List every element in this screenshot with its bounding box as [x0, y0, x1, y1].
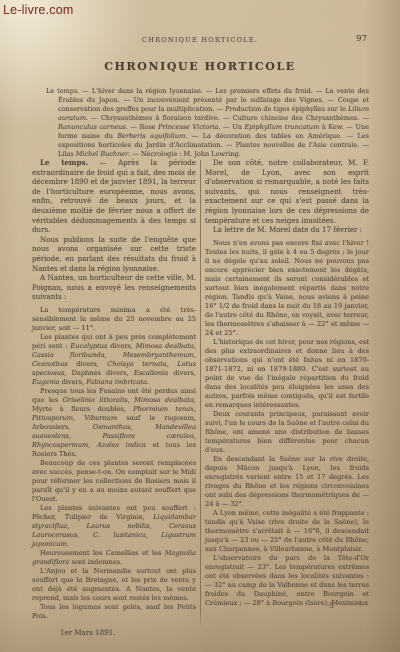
paragraph: Heureusement les Camellias et les Magnol…	[32, 549, 196, 567]
left-column: Le temps. — Après la période extraordina…	[32, 158, 196, 638]
article-title: CHRONIQUE HORTICOLE	[0, 60, 400, 73]
paragraph: Le temps. — Après la période extraordina…	[32, 158, 196, 235]
article-summary: Le temps. — L'hiver dans la région lyonn…	[46, 87, 369, 159]
paragraph: De son côté, notre collaborateur, M. F. …	[205, 158, 369, 225]
press-edge-mark: 1	[358, 599, 363, 608]
paragraph: L'Anjou et la Normandie surtout ont plus…	[32, 567, 196, 603]
paragraph: Tous les légumes sont gelés, sauf les Pe…	[32, 603, 196, 621]
right-column: De son côté, notre collaborateur, M. F. …	[205, 158, 369, 638]
two-column-body: Le temps. — Après la période extraordina…	[32, 158, 369, 638]
running-title: CHRONIQUE HORTICOLE.	[0, 36, 400, 44]
page-number: 97	[356, 34, 367, 44]
paragraph: A Nantes, un horticulteur de cette ville…	[32, 273, 196, 302]
paragraph: L'historique de cet hiver, pour nos régi…	[205, 338, 369, 410]
scanned-journal-page: Le-livre.com CHRONIQUE HORTICOLE. 97 CHR…	[0, 0, 400, 652]
paragraph: L'observatoire du parc de la Tête-d'Or e…	[205, 554, 369, 608]
paragraph: Nous publions la suite de l'enquête que …	[32, 235, 196, 273]
paragraph: La lettre de M. Morel date du 17 février…	[205, 225, 369, 235]
paragraph: Les plantes suivantes ont peu souffert :…	[32, 504, 196, 549]
paragraph: Les plantes qui ont à peu près complètem…	[32, 333, 196, 387]
watermark: Le-livre.com	[3, 3, 73, 17]
signature-mark: 5	[329, 601, 334, 610]
paragraph: Nous n'en avons pas encore fini avec l'h…	[205, 239, 369, 338]
paragraph: Beaucoup de ces plantes seront remplacée…	[32, 459, 196, 504]
paragraph: Presque tous les Fusains ont été perdus …	[32, 387, 196, 459]
issue-date: 1er Mars 1891.	[32, 628, 196, 638]
column-divider	[200, 160, 201, 628]
paragraph: Deux courants principaux, paraissant avo…	[205, 410, 369, 455]
paragraph: La température minima a été très-sensibl…	[32, 306, 196, 333]
paragraph: A Lyon même, cette inégalité a été frapp…	[205, 509, 369, 554]
paragraph: En descendant la Saône sur la rive droit…	[205, 455, 369, 509]
